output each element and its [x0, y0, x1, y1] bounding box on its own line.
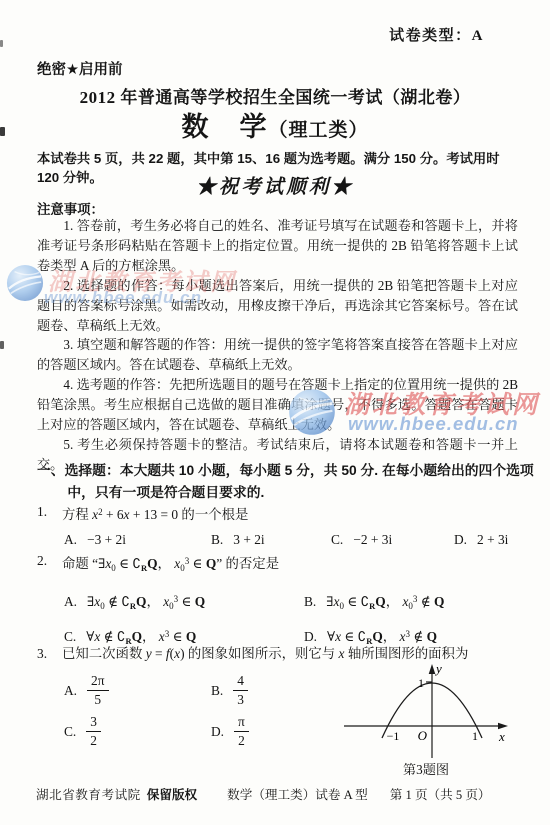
subject-main: 数 学	[181, 112, 268, 142]
vertex-label: 1	[418, 676, 424, 690]
exam-paper-page: 试卷类型：A 绝密★启用前 2012 年普通高等学校招生全国统一考试（湖北卷） …	[0, 0, 550, 825]
option-c: C.∀x ∉ ∁RQ， x3 ∈ Q	[64, 626, 304, 646]
question-2-options-row1: A.∃x0 ∉ ∁RQ， x03 ∈ Q B.∃x0 ∈ ∁RQ， x03 ∉ …	[37, 591, 518, 611]
option-b: B.43	[211, 673, 331, 708]
subject-title: 数 学（理工类）	[0, 105, 550, 144]
footer-organization: 湖北省教育考试院	[36, 784, 141, 803]
question-2-options-row2: C.∀x ∉ ∁RQ， x3 ∈ Q D.∀x ∈ ∁RQ， x3 ∉ Q	[37, 626, 518, 646]
option-a: A.−3 + 2i	[64, 532, 211, 548]
section1-heading: 一、选择题：本大题共 10 小题，每小题 5 分，共 50 分. 在每小题给出的…	[37, 460, 549, 503]
option-a: A.2π5	[64, 673, 211, 708]
notice-list: 1. 答卷前，考生务必将自己的姓名、准考证号填写在试题卷和答题卡上，并将准考证号…	[37, 216, 518, 475]
secrecy-label: 绝密★启用前	[37, 58, 123, 79]
fraction: 43	[233, 673, 248, 708]
question-number: 3.	[37, 644, 62, 664]
parabola-graph-icon: y x O 1 −1 1	[336, 660, 516, 760]
question-1-stem: 1. 方程 x2 + 6x + 13 = 0 的一个根是	[37, 502, 518, 525]
question-2: 2. 命题 “∃x0 ∈ ∁RQ， x03 ∈ Q” 的否定是 A.∃x0 ∉ …	[37, 551, 518, 646]
question-1: 1. 方程 x2 + 6x + 13 = 0 的一个根是 A.−3 + 2i B…	[37, 502, 518, 548]
exam-type-label: 试卷类型：A	[389, 24, 484, 45]
question-number: 1.	[37, 502, 62, 525]
origin-label: O	[418, 728, 428, 743]
question-3-options: A.2π5 B.43 C.32 D.π2	[37, 673, 364, 755]
option-c: C.−2 + 3i	[331, 532, 454, 548]
right-intercept-label: 1	[472, 729, 478, 743]
scan-artifact	[0, 341, 4, 349]
question-number: 2.	[37, 551, 62, 578]
footer-paper-type: 数学（理工类）试卷 A 型	[227, 784, 368, 803]
notice-item-4: 4. 选考题的作答：先把所选题目的题号在答题卡上指定的位置用统一提供的 2B 铅…	[37, 375, 518, 435]
figure-caption: 第3题图	[336, 759, 516, 778]
notice-item-3: 3. 填空题和解答题的作答：用统一提供的签字笔将答案直接答在答题卡上对应的答题区…	[37, 335, 518, 375]
option-b: B.∃x0 ∈ ∁RQ， x03 ∉ Q	[304, 591, 444, 611]
notice-item-1: 1. 答卷前，考生务必将自己的姓名、准考证号填写在试题卷和答题卡上，并将准考证号…	[37, 216, 518, 276]
question-2-stem: 2. 命题 “∃x0 ∈ ∁RQ， x03 ∈ Q” 的否定是	[37, 551, 518, 578]
footer-page-number: 第 1 页（共 5 页）	[390, 784, 491, 803]
option-d: D.2 + 3i	[454, 532, 508, 548]
y-axis-label: y	[434, 661, 442, 676]
scan-artifact	[0, 40, 3, 47]
option-c: C.32	[64, 714, 211, 749]
question-1-options: A.−3 + 2i B.3 + 2i C.−2 + 3i D.2 + 3i	[37, 532, 518, 548]
x-axis-label: x	[498, 729, 505, 744]
option-d: D.π2	[211, 714, 331, 749]
question-3-figure: y x O 1 −1 1 第3题图	[336, 660, 516, 782]
page-footer: 湖北省教育考试院 保留版权 数学（理工类）试卷 A 型 第 1 页（共 5 页）	[36, 784, 520, 803]
left-intercept-label: −1	[387, 729, 400, 743]
option-d: D.∀x ∈ ∁RQ， x3 ∉ Q	[304, 626, 437, 646]
option-a: A.∃x0 ∉ ∁RQ， x03 ∈ Q	[64, 591, 304, 611]
wish-line: ★祝考试顺利★	[0, 171, 550, 199]
subject-note: （理工类）	[268, 120, 368, 141]
footer-copyright: 保留版权	[147, 784, 197, 803]
notice-item-2: 2. 选择题的作答：每小题选出答案后，用统一提供的 2B 铅笔把答题卡上对应题目…	[37, 276, 518, 336]
fraction: 2π5	[87, 673, 108, 708]
fraction: π2	[234, 714, 249, 749]
option-b: B.3 + 2i	[211, 532, 331, 548]
fraction: 32	[86, 714, 101, 749]
